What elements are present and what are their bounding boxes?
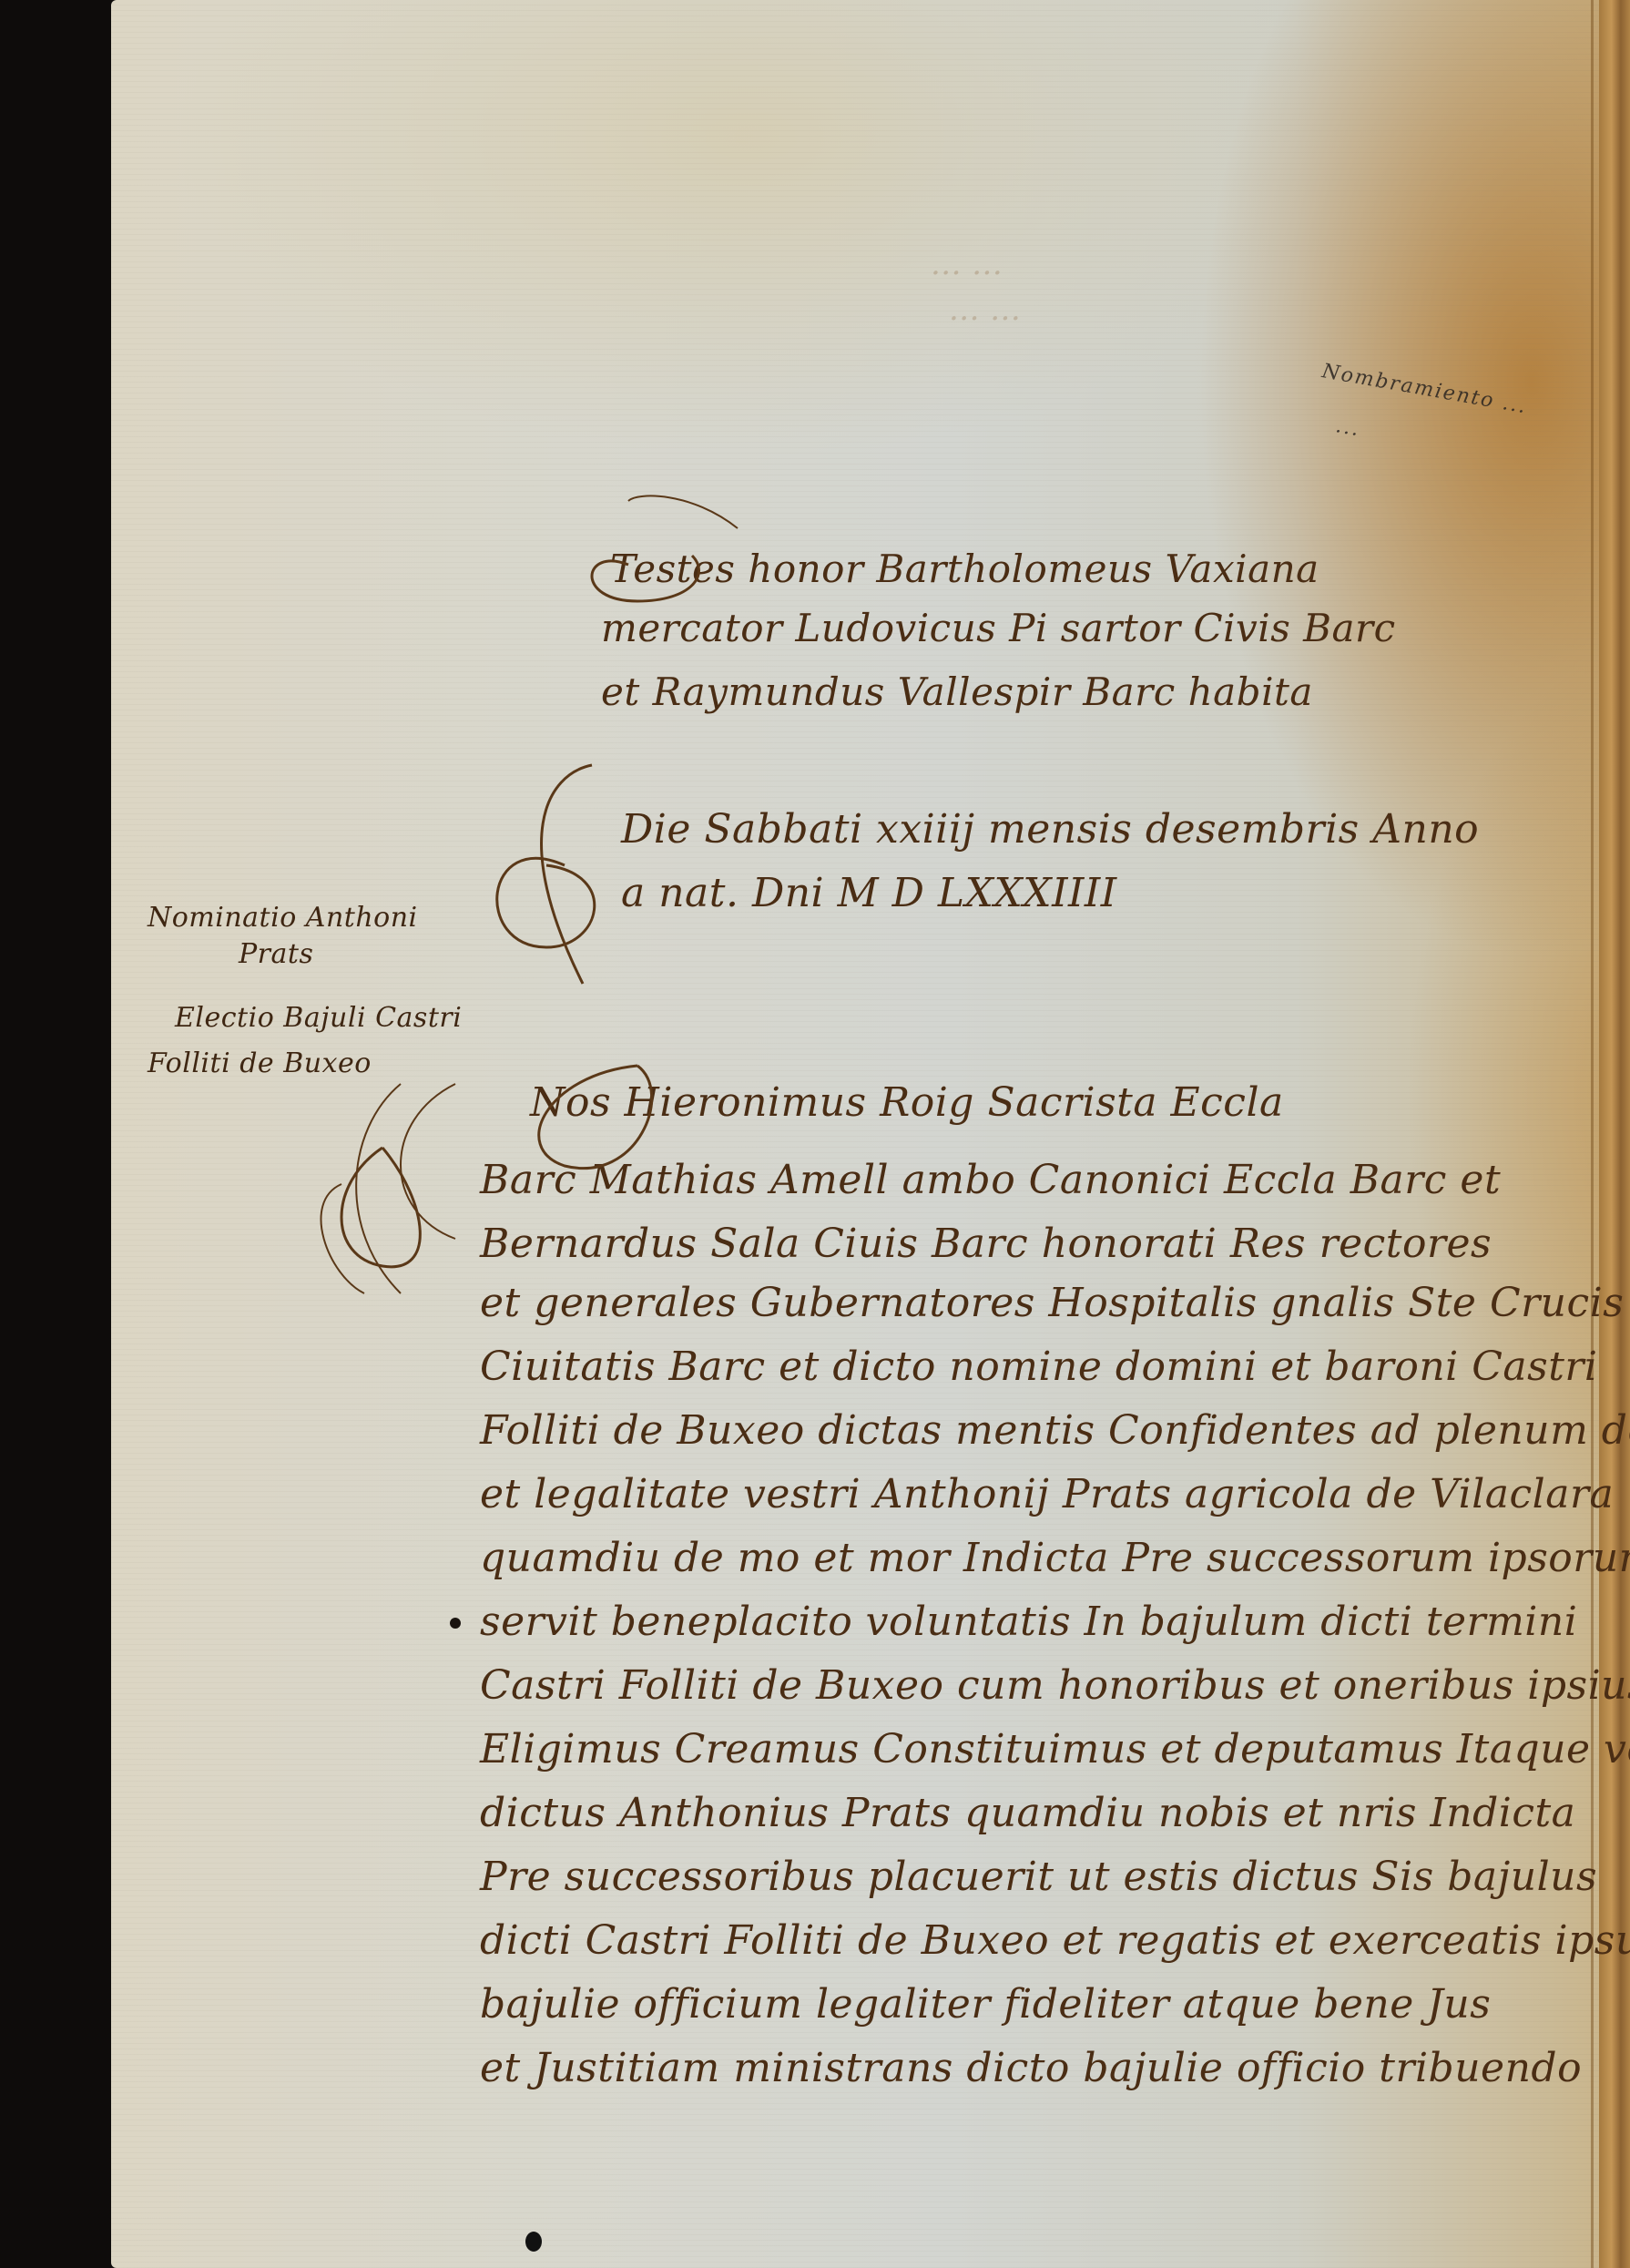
date-bracket-flourish [542, 765, 592, 984]
calligraphic-flourishes [0, 0, 1630, 2268]
